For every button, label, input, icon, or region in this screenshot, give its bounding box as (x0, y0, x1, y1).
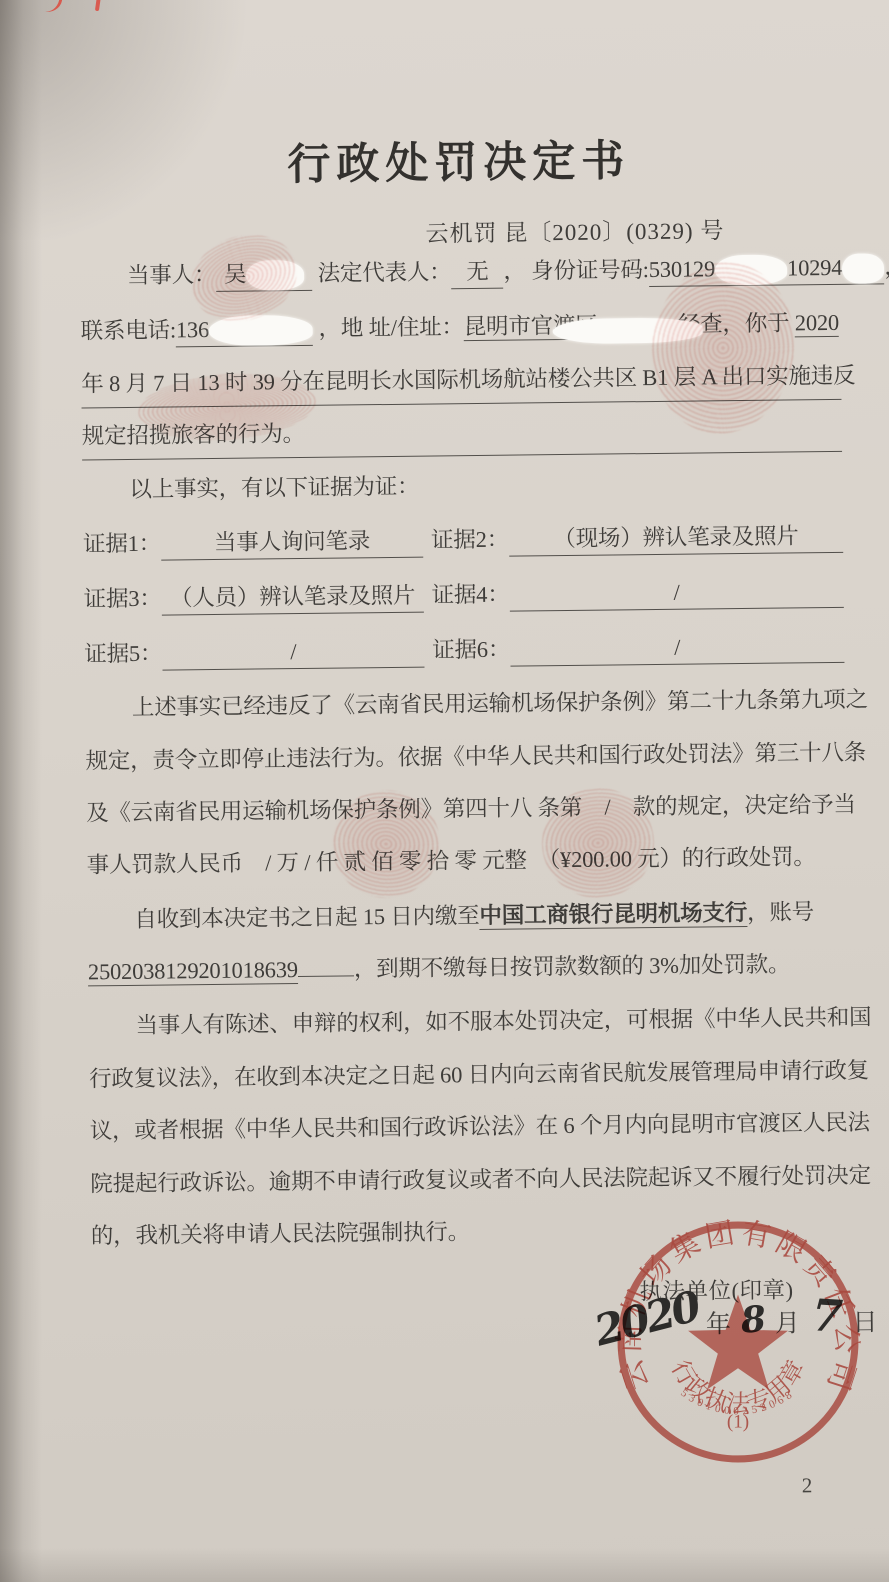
appeal-line-1: 当事人有陈述、申辩的权利，如不服本处罚决定，可根据《中华人民共和国 (88, 1000, 889, 1043)
phone-number: 136 (176, 317, 209, 342)
payment-line-1: 自收到本决定书之日起 15 日内缴至中国工商银行昆明机场支行，账号 (87, 894, 889, 937)
decision-line-1: 上述事实已经违反了《云南省民用运输机场保护条例》第二十九条第九项之 (85, 682, 889, 725)
document-title: 行政处罚决定书 (78, 125, 839, 195)
separator: ， (503, 258, 526, 283)
evidence-6-label: 证据6： (432, 633, 510, 668)
year-value: 2020 (795, 310, 840, 337)
decision-line-2: 规定，责令立即停止违法行为。依据《中华人民共和国行政处罚法》第三十八条 (85, 736, 845, 779)
evidence-4-label: 证据4： (431, 578, 509, 613)
payment-pre-bank: 自收到本决定书之日起 15 日内缴至 (134, 903, 479, 932)
evidence-3-label: 证据3： (84, 582, 162, 617)
appeal-line-4: 院提起行政诉讼。逾期不申请行政复议或者不向人民法院起诉又不履行处罚决定 (90, 1159, 850, 1202)
bank-name: 中国工商银行昆明机场支行 (479, 900, 747, 930)
id-number-part2: 10294 (787, 255, 843, 281)
evidence-2-label: 证据2： (431, 523, 509, 558)
evidence-5-value: / (162, 635, 424, 671)
legal-rep-value: 无 (451, 256, 503, 290)
evidence-row-3: 证据5： / 证据6： / (84, 629, 844, 672)
red-pen-mark (40, 0, 63, 15)
legal-rep-label: 法定代表人： (318, 259, 452, 286)
official-seal-stamp: 云南机场集团有限责任公司 行政执法专用章 (1) 5301000252068 (612, 1216, 864, 1468)
address-label: ，地 址/住址： (318, 314, 464, 341)
appeal-line-2: 行政复议法》，在收到本决定之日起 60 日内向云南省民航发展管理局申请行政复 (89, 1054, 849, 1097)
evidence-1-value: 当事人询问笔录 (161, 525, 423, 561)
evidence-2-value: （现场）辨认笔录及照片 (509, 520, 843, 557)
payment-post-account: ，到期不缴每日按罚款数额的 3%加处罚款。 (354, 951, 791, 981)
account-blank-tail (298, 974, 354, 977)
decision-line-3: 及《云南省民用运输机场保护条例》第四十八 条第 / 款的规定，决定给予当 (86, 788, 846, 831)
line-end-comma: ， (884, 254, 889, 279)
evidence-row-1: 证据1： 当事人询问笔录 证据2： （现场）辨认笔录及照片 (83, 519, 843, 562)
doc-number: 云机罚 昆〔2020〕(0329) 号 (425, 212, 724, 248)
evidence-1-label: 证据1： (83, 527, 161, 562)
scanned-document-page: 行政处罚决定书 云机罚 昆〔2020〕(0329) 号 当事人：吴 法定代表人：… (0, 0, 889, 1582)
evidence-3-value: （人员）辨认笔录及照片 (161, 580, 423, 616)
evidence-6-value: / (510, 630, 844, 667)
decision-line-4: 事人罚款人民币 / 万 / 仟 贰 佰 零 拾 零 元整 （¥200.00 元）… (87, 840, 847, 883)
payment-post-bank: ，账号 (747, 899, 814, 925)
appeal-line-3: 议，或者根据《中华人民共和国行政诉讼法》在 6 个月内向昆明市官渡区人民法 (90, 1106, 850, 1149)
account-number: 2502038129201018639 (88, 957, 298, 986)
seal-star-icon (688, 1295, 788, 1390)
id-label: 身份证号码: (531, 257, 649, 283)
evidence-5-label: 证据5： (84, 637, 162, 672)
whiteout-redaction (842, 253, 884, 283)
evidence-4-value: / (509, 575, 843, 612)
payment-line-2: 2502038129201018639，到期不缴每日按罚款数额的 3%加处罚款。 (88, 947, 848, 990)
evidence-intro: 以上事实，有以下证据为证： (82, 464, 889, 507)
page-edge-shadow (0, 0, 42, 1582)
evidence-row-2: 证据3： （人员）辨认笔录及照片 证据4： / (84, 574, 844, 617)
page-number: 2 (802, 1473, 813, 1498)
phone-label: 联系电话: (81, 317, 177, 343)
